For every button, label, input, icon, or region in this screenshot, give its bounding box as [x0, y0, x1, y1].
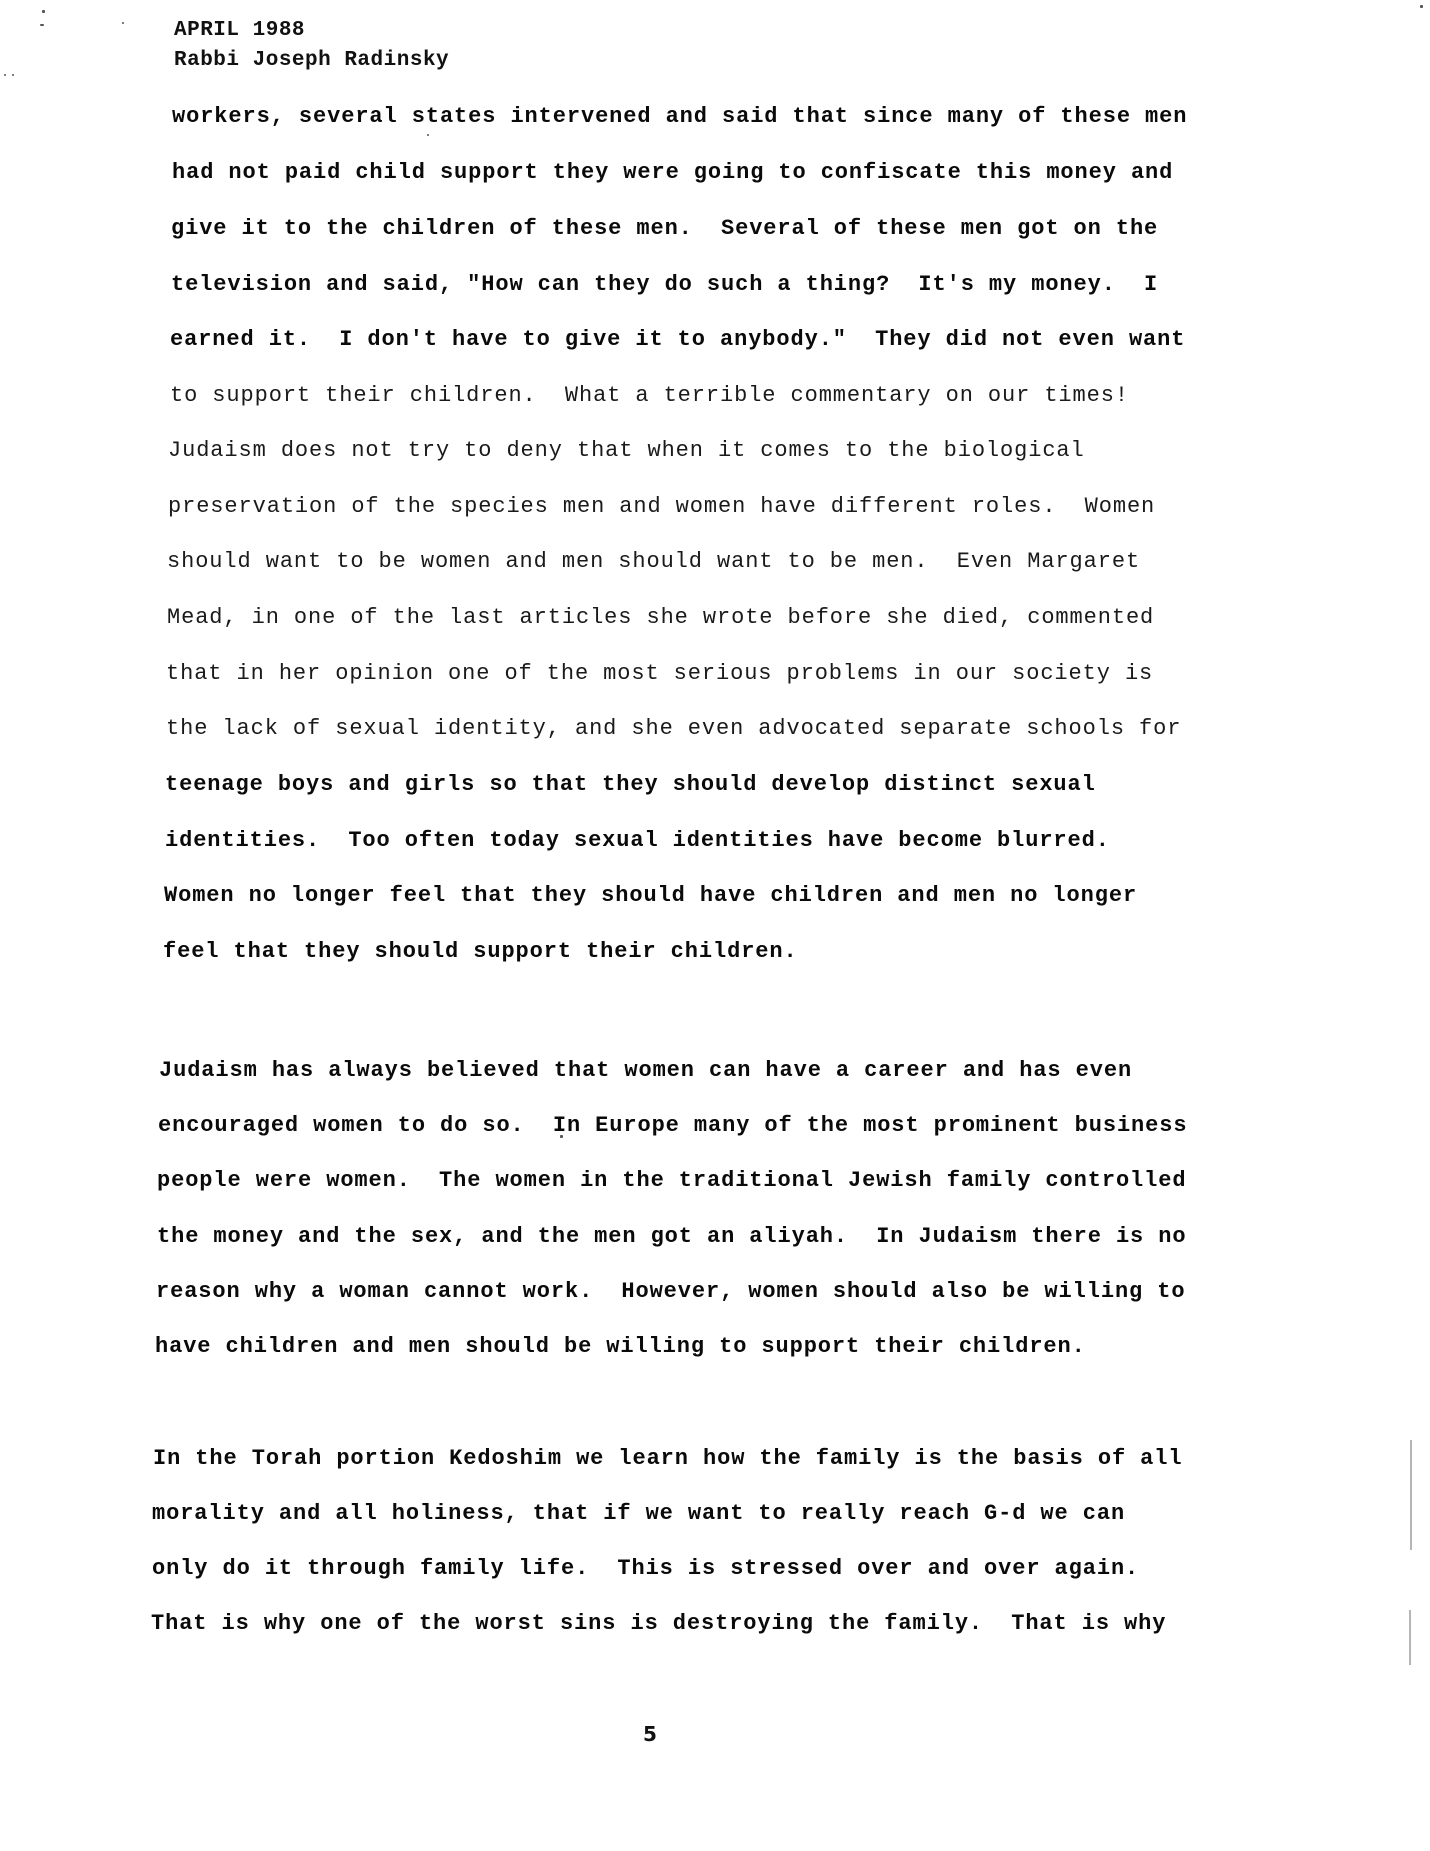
text-line: Judaism does not try to deny that when i…: [168, 437, 1085, 465]
header-date: APRIL 1988: [174, 16, 449, 46]
scan-speck: [427, 134, 429, 136]
text-line: to support their children. What a terrib…: [170, 382, 1129, 410]
text-line: should want to be women and men should w…: [167, 548, 1140, 576]
text-line: have children and men should be willing …: [155, 1333, 1086, 1361]
text-line: workers, several states intervened and s…: [172, 103, 1187, 131]
scan-speck: [1420, 5, 1423, 8]
scan-speck: [122, 22, 124, 24]
text-line: only do it through family life. This is …: [152, 1555, 1139, 1583]
text-line: had not paid child support they were goi…: [172, 159, 1173, 187]
document-header: APRIL 1988 Rabbi Joseph Radinsky: [174, 16, 449, 76]
text-line: Women no longer feel that they should ha…: [164, 882, 1137, 910]
header-author: Rabbi Joseph Radinsky: [174, 46, 449, 76]
scan-speck: [40, 24, 44, 26]
text-line: television and said, "How can they do su…: [171, 271, 1158, 299]
text-line: the lack of sexual identity, and she eve…: [166, 715, 1181, 743]
text-line: identities. Too often today sexual ident…: [165, 827, 1110, 855]
page-number: 5: [643, 1722, 657, 1746]
scan-speck: [42, 10, 45, 13]
text-line: Judaism has always believed that women c…: [159, 1057, 1132, 1085]
text-line: the money and the sex, and the men got a…: [157, 1223, 1186, 1251]
text-line: In the Torah portion Kedoshim we learn h…: [153, 1445, 1182, 1473]
scan-speck: [4, 74, 6, 76]
text-line: encouraged women to do so. In Europe man…: [158, 1112, 1187, 1140]
text-line: that in her opinion one of the most seri…: [166, 660, 1153, 688]
text-line: teenage boys and girls so that they shou…: [165, 771, 1096, 799]
text-line: reason why a woman cannot work. However,…: [156, 1278, 1185, 1306]
text-line: preservation of the species men and wome…: [168, 493, 1155, 521]
text-line: Mead, in one of the last articles she wr…: [167, 604, 1154, 632]
scan-edge-mark: [1409, 1610, 1411, 1665]
text-line: people were women. The women in the trad…: [157, 1167, 1186, 1195]
text-line: feel that they should support their chil…: [163, 938, 798, 966]
document-page: APRIL 1988 Rabbi Joseph Radinsky workers…: [0, 0, 1430, 1851]
text-line: give it to the children of these men. Se…: [171, 215, 1158, 243]
text-line: earned it. I don't have to give it to an…: [170, 326, 1185, 354]
scan-edge-mark: [1410, 1440, 1412, 1550]
text-line: That is why one of the worst sins is des…: [151, 1610, 1166, 1638]
text-line: morality and all holiness, that if we wa…: [152, 1500, 1125, 1528]
scan-speck: [12, 74, 14, 76]
